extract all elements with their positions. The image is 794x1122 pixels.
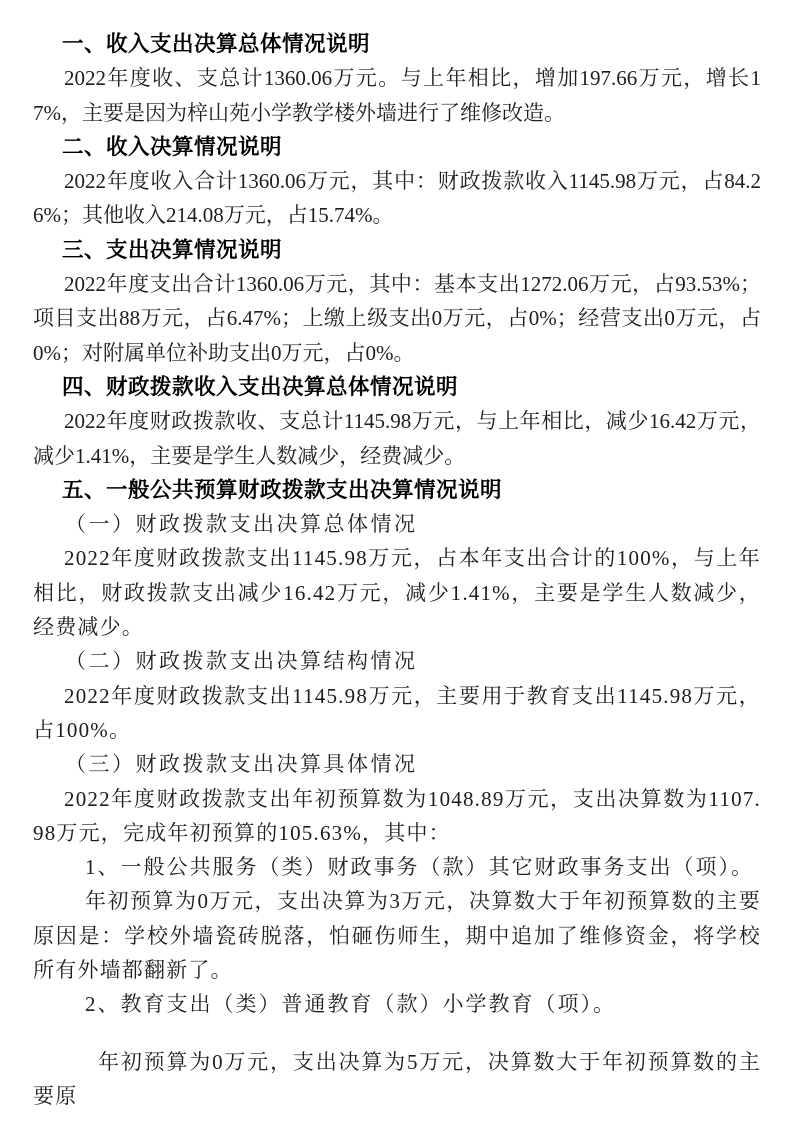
paragraph: 2022年度收入合计1360.06万元，其中：财政拨款收入1145.98万元，占…	[33, 164, 761, 233]
paragraph: 2022年度支出合计1360.06万元，其中：基本支出1272.06万元，占93…	[33, 267, 761, 370]
paragraph: 2022年度财政拨款支出1145.98万元，主要用于教育支出1145.98万元，…	[33, 679, 761, 748]
paragraph: 2022年度收、支总计1360.06万元。与上年相比，增加197.66万元，增长…	[33, 61, 761, 130]
sub-heading-5-2: （二）财政拨款支出决算结构情况	[33, 644, 761, 678]
section-heading-2: 二、收入决算情况说明	[33, 130, 761, 164]
document-body: 一、收入支出决算总体情况说明 2022年度收、支总计1360.06万元。与上年相…	[33, 27, 761, 1113]
document-page: 一、收入支出决算总体情况说明 2022年度收、支总计1360.06万元。与上年相…	[0, 0, 794, 1122]
section-heading-3: 三、支出决算情况说明	[33, 233, 761, 267]
list-item-2: 2、教育支出（类）普通教育（款）小学教育（项）。	[33, 987, 761, 1021]
paragraph-cutoff: 年初预算为0万元，支出决算为5万元，决算数大于年初预算数的主要原	[33, 1045, 761, 1114]
paragraph: 2022年度财政拨款支出年初预算数为1048.89万元，支出决算数为1107.9…	[33, 782, 761, 851]
sub-heading-5-1: （一）财政拨款支出决算总体情况	[33, 507, 761, 541]
paragraph: 年初预算为0万元，支出决算为3万元，决算数大于年初预算数的主要原因是：学校外墙瓷…	[33, 884, 761, 987]
section-heading-4: 四、财政拨款收入支出决算总体情况说明	[33, 370, 761, 404]
list-item-1: 1、一般公共服务（类）财政事务（款）其它财政事务支出（项）。	[33, 850, 761, 884]
section-heading-1: 一、收入支出决算总体情况说明	[33, 27, 761, 61]
section-heading-5: 五、一般公共预算财政拨款支出决算情况说明	[33, 473, 761, 507]
sub-heading-5-3: （三）财政拨款支出决算具体情况	[33, 747, 761, 781]
paragraph: 2022年度财政拨款支出1145.98万元，占本年支出合计的100%，与上年相比…	[33, 541, 761, 644]
paragraph: 2022年度财政拨款收、支总计1145.98万元，与上年相比，减少16.42万元…	[33, 404, 761, 473]
